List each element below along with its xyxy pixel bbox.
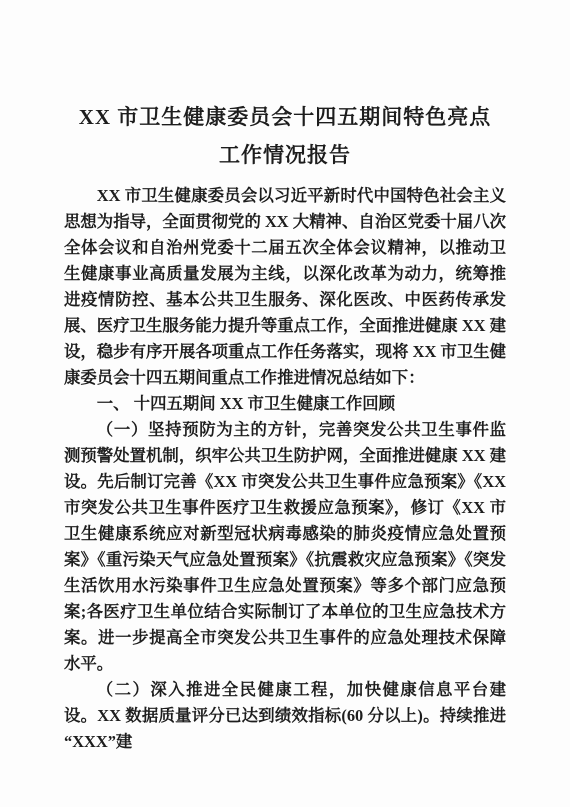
document-page: XX 市卫生健康委员会十四五期间特色亮点 工作情况报告 XX 市卫生健康委员会以… <box>0 0 570 807</box>
paragraph: XX 市卫生健康委员会以习近平新时代中国特色社会主义思想为指导，全面贯彻党的 X… <box>64 183 506 391</box>
section-heading: 一、 十四五期间 XX 市卫生健康工作回顾 <box>64 391 506 417</box>
document-title: XX 市卫生健康委员会十四五期间特色亮点 工作情况报告 <box>64 98 506 174</box>
paragraph: （二）深入推进全民健康工程，加快健康信息平台建设。XX 数据质量评分已达到绩效指… <box>64 677 506 755</box>
document-title-line-2: 工作情况报告 <box>64 136 506 174</box>
document-body: XX 市卫生健康委员会以习近平新时代中国特色社会主义思想为指导，全面贯彻党的 X… <box>64 183 506 755</box>
paragraph: （一）坚持预防为主的方针，完善突发公共卫生事件监测预警处置机制，织牢公共卫生防护… <box>64 417 506 677</box>
document-title-line-1: XX 市卫生健康委员会十四五期间特色亮点 <box>64 98 506 136</box>
